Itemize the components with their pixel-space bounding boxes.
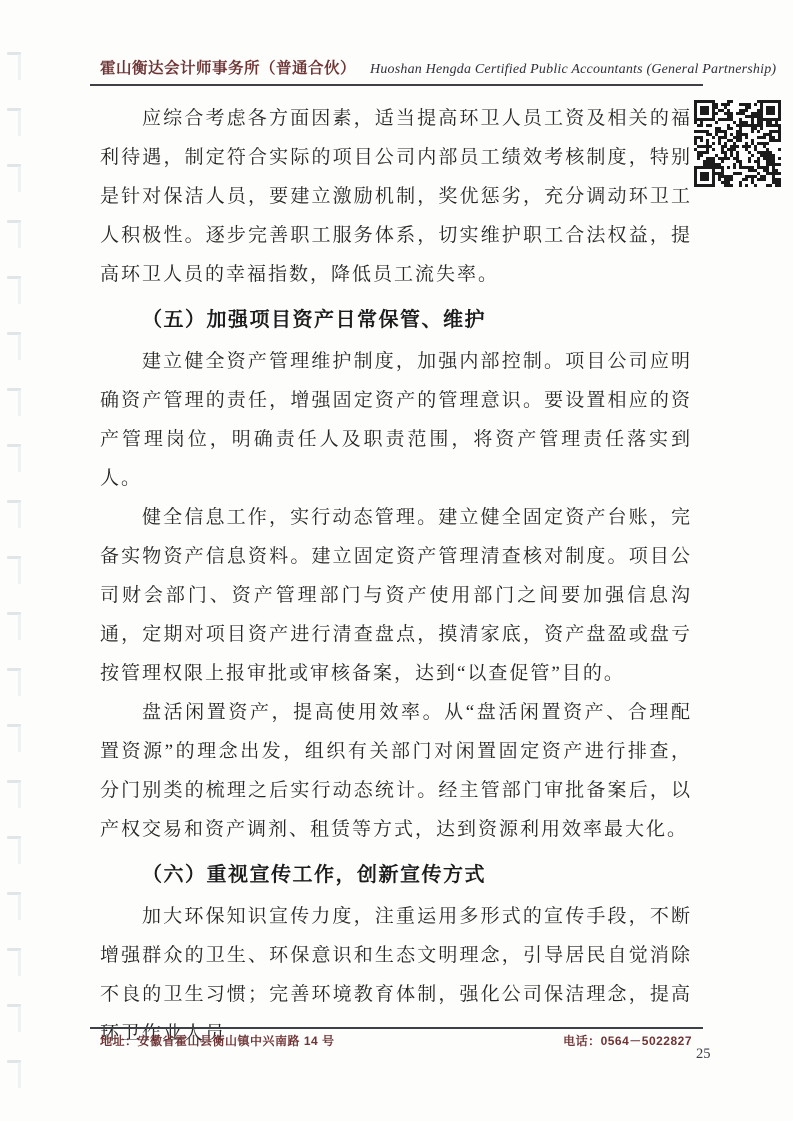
binding-mark	[7, 332, 21, 335]
paragraph: 加大环保知识宣传力度，注重运用多形式的宣传手段，不断增强群众的卫生、环保意识和生…	[100, 897, 692, 1053]
footer-rule	[90, 1027, 703, 1029]
binding-marks	[0, 0, 30, 1121]
binding-mark	[7, 500, 21, 503]
binding-mark	[7, 52, 21, 55]
binding-mark	[7, 836, 21, 839]
binding-mark	[7, 1060, 21, 1063]
scanned-page: 霍山衡达会计师事务所（普通合伙） Huoshan Hengda Certifie…	[0, 0, 793, 1121]
footer-address: 地址：安徽省霍山县衡山镇中兴南路 14 号	[100, 1032, 335, 1049]
qr-code-icon	[694, 100, 781, 187]
binding-mark	[7, 388, 21, 391]
binding-mark	[7, 612, 21, 615]
binding-mark	[7, 780, 21, 783]
page-number: 25	[696, 1046, 711, 1063]
binding-mark	[7, 1004, 21, 1007]
binding-mark	[7, 444, 21, 447]
letterhead: 霍山衡达会计师事务所（普通合伙） Huoshan Hengda Certifie…	[100, 56, 700, 78]
paragraph: 应综合考虑各方面因素，适当提高环卫人员工资及相关的福利待遇，制定符合实际的项目公…	[100, 99, 692, 294]
header-rule	[90, 84, 703, 86]
section-heading: （六）重视宣传工作，创新宣传方式	[100, 856, 692, 895]
firm-name-chinese: 霍山衡达会计师事务所（普通合伙）	[100, 56, 356, 78]
paragraph: 健全信息工作，实行动态管理。建立健全固定资产台账，完备实物资产信息资料。建立固定…	[100, 498, 692, 693]
paragraph: 盘活闲置资产，提高使用效率。从“盘活闲置资产、合理配置资源”的理念出发，组织有关…	[100, 693, 692, 849]
section-heading: （五）加强项目资产日常保管、维护	[100, 301, 692, 340]
paragraph: 建立健全资产管理维护制度，加强内部控制。项目公司应明确资产管理的责任，增强固定资…	[100, 342, 692, 498]
firm-name-english: Huoshan Hengda Certified Public Accounta…	[370, 62, 776, 78]
binding-mark	[7, 948, 21, 951]
binding-mark	[7, 276, 21, 279]
binding-mark	[7, 220, 21, 223]
binding-mark	[7, 556, 21, 559]
binding-mark	[7, 108, 21, 111]
binding-mark	[7, 892, 21, 895]
binding-mark	[7, 164, 21, 167]
footer-phone: 电话：0564－5022827	[563, 1032, 692, 1049]
document-body: 应综合考虑各方面因素，适当提高环卫人员工资及相关的福利待遇，制定符合实际的项目公…	[100, 99, 692, 1053]
binding-mark	[7, 724, 21, 727]
binding-mark	[7, 668, 21, 671]
footer: 地址：安徽省霍山县衡山镇中兴南路 14 号 电话：0564－5022827	[100, 1032, 692, 1049]
